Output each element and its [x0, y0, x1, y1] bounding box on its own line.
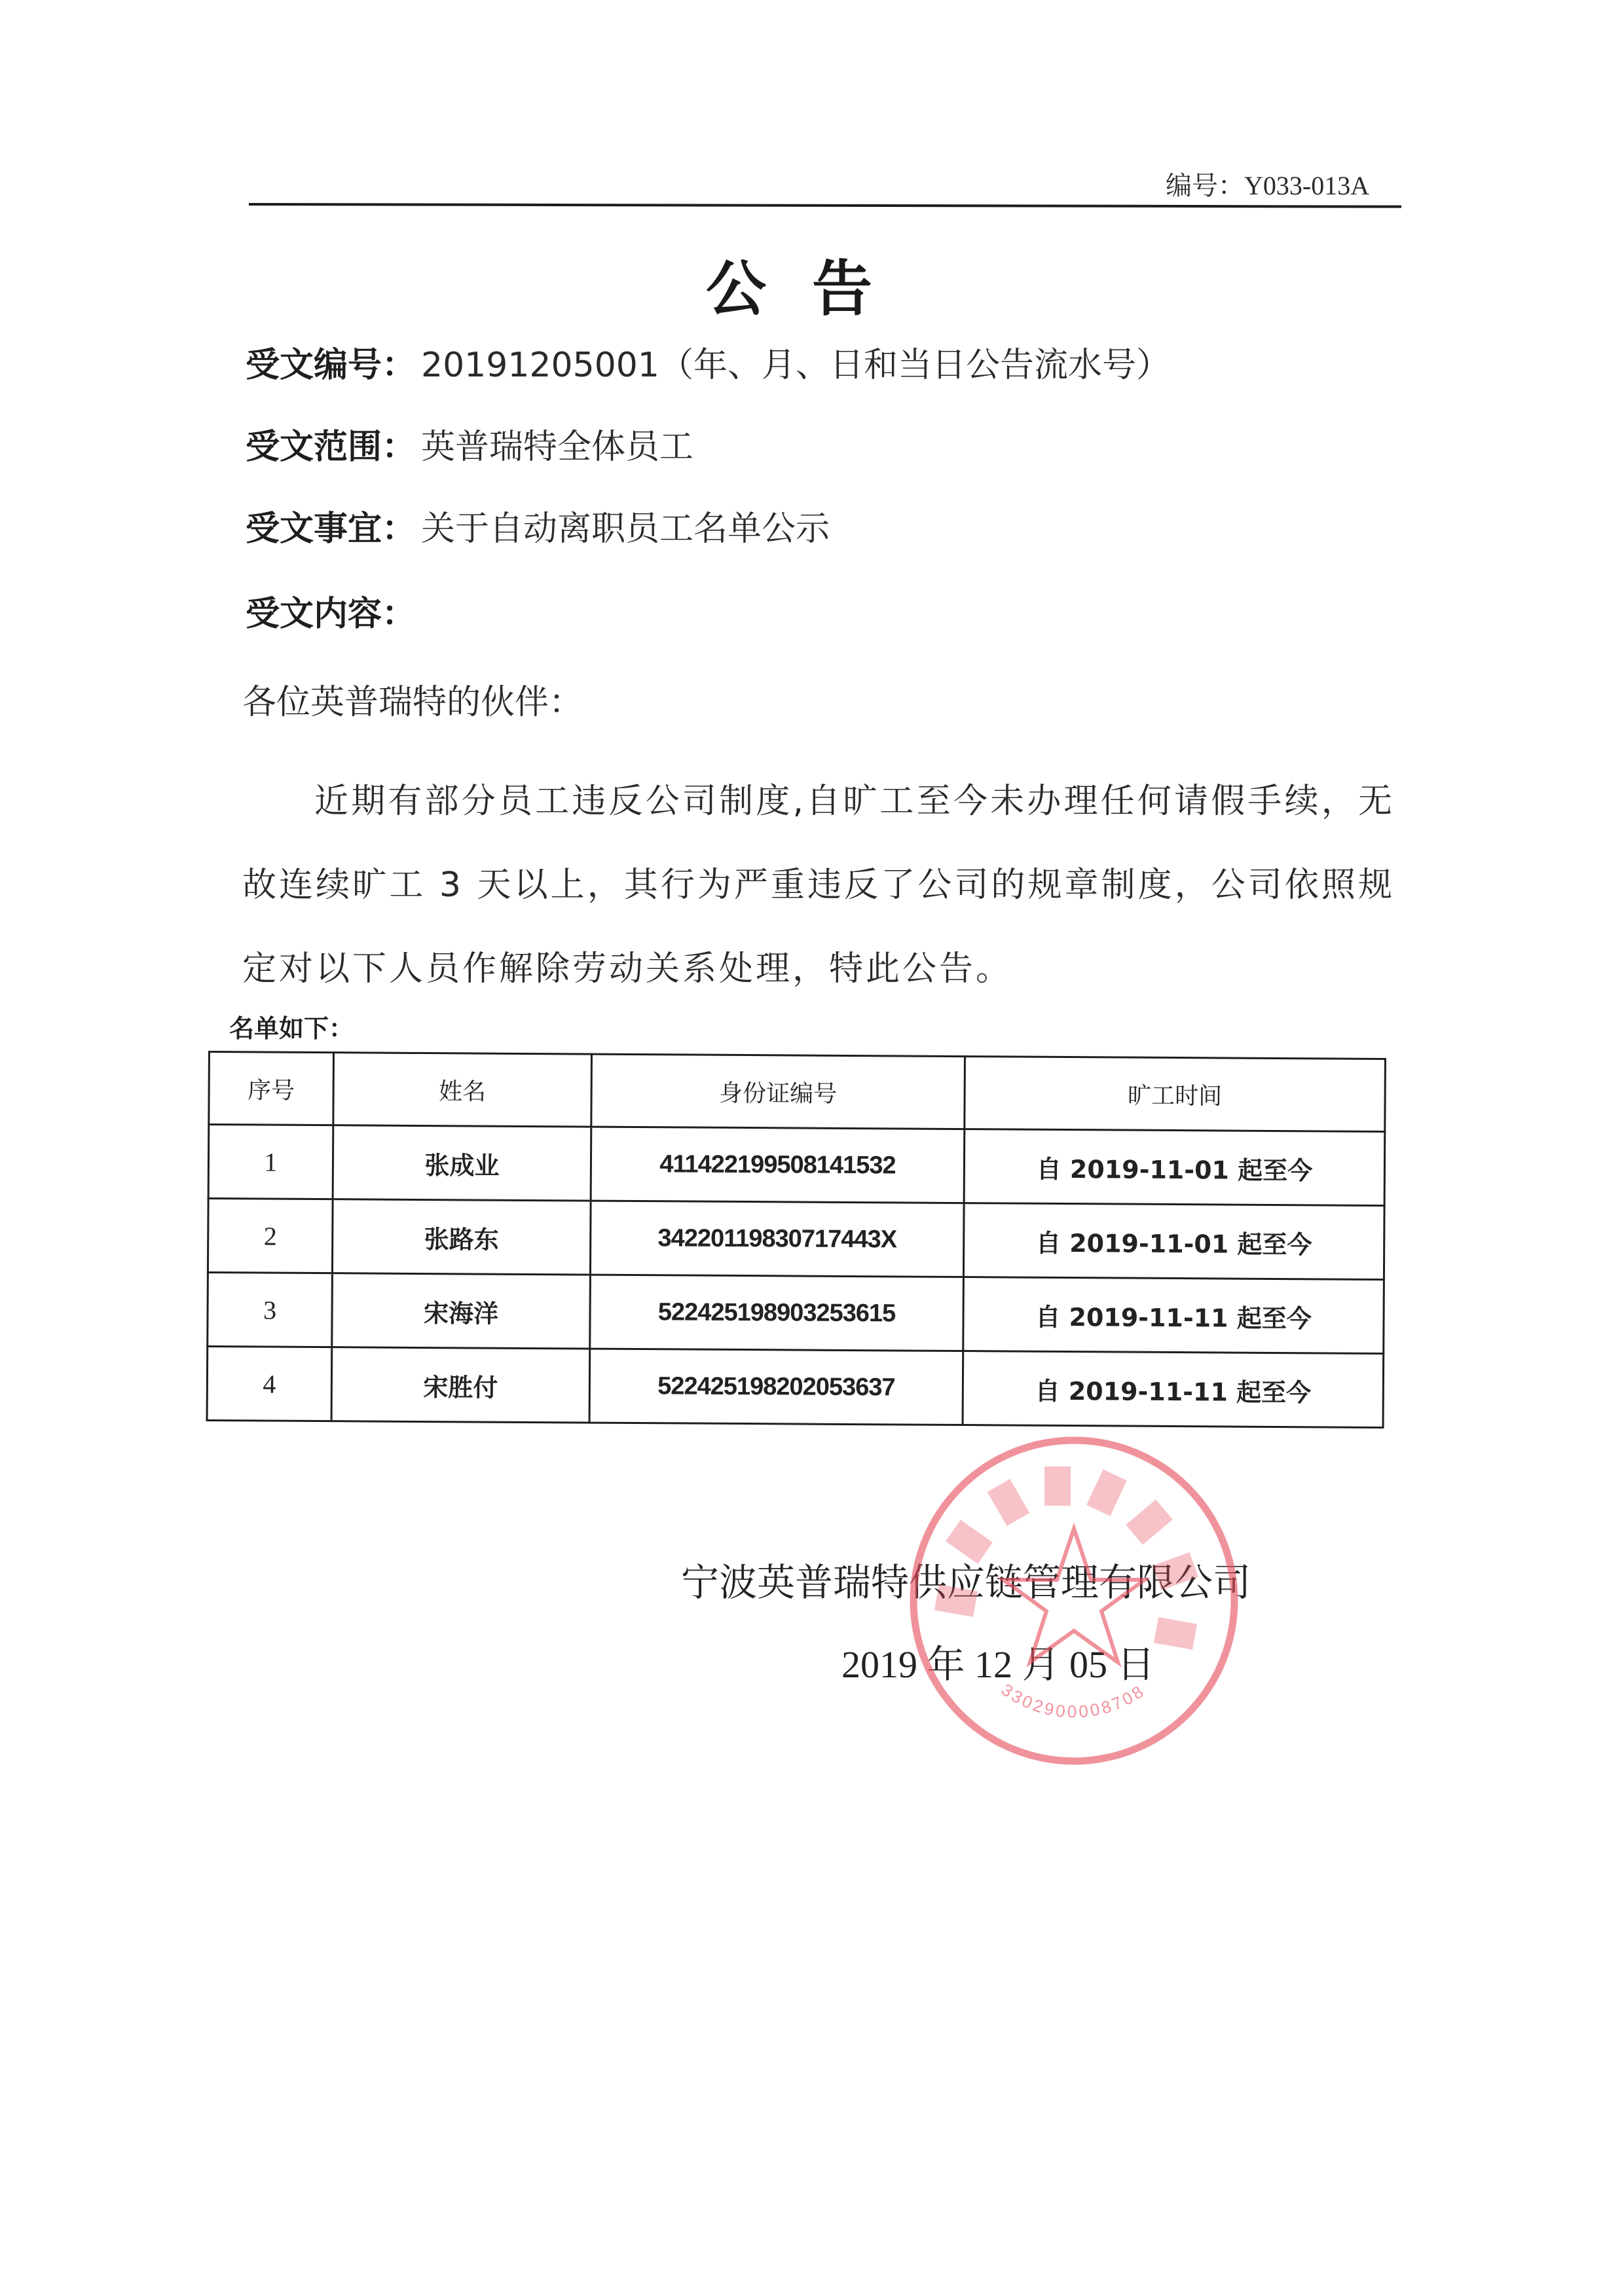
field-value: 关于自动离职员工名单公示	[421, 509, 830, 549]
field-content: 受文内容：	[246, 586, 421, 635]
cell-id-number: 522425198202053637	[589, 1349, 963, 1425]
cell-index: 3	[208, 1273, 333, 1347]
field-label: 受文事宜：	[246, 509, 416, 549]
table-row: 1 张成业 411422199508141532 自 2019-11-01 起至…	[208, 1125, 1385, 1206]
field-label: 受文内容：	[246, 594, 416, 634]
field-value: 英普瑞特全体员工	[421, 428, 693, 467]
table-header-row: 序号 姓名 身份证编号 旷工时间	[209, 1052, 1386, 1132]
field-doc-number: 受文编号：20191205001（年、月、日和当日公告流水号）	[246, 337, 1170, 386]
field-value: 20191205001（年、月、日和当日公告流水号）	[421, 346, 1170, 385]
column-header-name: 姓名	[333, 1053, 592, 1127]
column-header-index: 序号	[209, 1052, 334, 1125]
cell-absent-period: 自 2019-11-01 起至今	[964, 1129, 1385, 1206]
header-rule	[249, 203, 1401, 208]
cell-absent-period: 自 2019-11-11 起至今	[963, 1351, 1384, 1428]
page-title: 公告	[0, 241, 1624, 327]
cell-index: 2	[208, 1199, 333, 1273]
body-paragraph: 近期有部分员工违反公司制度,自旷工至今未办理任何请假手续，无故连续旷工 3 天以…	[242, 759, 1395, 1011]
table-row: 3 宋海洋 522425198903253615 自 2019-11-11 起至…	[208, 1273, 1384, 1354]
cell-name: 宋海洋	[332, 1273, 591, 1349]
column-header-id: 身份证编号	[591, 1054, 965, 1129]
cell-name: 宋胜付	[331, 1347, 590, 1423]
document-number-label: 编号：	[1166, 171, 1244, 200]
document-number: 编号：Y033-013A	[1166, 165, 1369, 202]
cell-name: 张路东	[332, 1199, 591, 1275]
dismissal-table: 序号 姓名 身份证编号 旷工时间 1 张成业 41142219950814153…	[206, 1051, 1384, 1429]
cell-index: 1	[208, 1125, 333, 1199]
field-subject: 受文事宜：关于自动离职员工名单公示	[246, 501, 830, 550]
field-label: 受文编号：	[246, 346, 416, 385]
column-header-absent-period: 旷工时间	[965, 1057, 1386, 1132]
cell-absent-period: 自 2019-11-01 起至今	[963, 1203, 1384, 1280]
company-name: 宁波英普瑞特供应链管理有限公司	[681, 1552, 1251, 1607]
field-label: 受文范围：	[246, 428, 416, 467]
cell-absent-period: 自 2019-11-11 起至今	[963, 1277, 1384, 1354]
greeting: 各位英普瑞特的伙伴：	[242, 674, 583, 723]
list-label: 名单如下：	[229, 1008, 354, 1044]
table-row: 2 张路东 34220119830717443X 自 2019-11-01 起至…	[208, 1199, 1384, 1280]
cell-index: 4	[207, 1347, 332, 1421]
cell-id-number: 34220119830717443X	[590, 1201, 964, 1277]
signature-date: 2019 年 12 月 05 日	[841, 1633, 1155, 1688]
document-number-value: Y033-013A	[1244, 171, 1369, 200]
cell-id-number: 411422199508141532	[591, 1127, 965, 1203]
cell-name: 张成业	[333, 1125, 591, 1201]
table-row: 4 宋胜付 522425198202053637 自 2019-11-11 起至…	[207, 1347, 1384, 1428]
field-scope: 受文范围：英普瑞特全体员工	[246, 419, 693, 468]
cell-id-number: 522425198903253615	[590, 1275, 964, 1351]
